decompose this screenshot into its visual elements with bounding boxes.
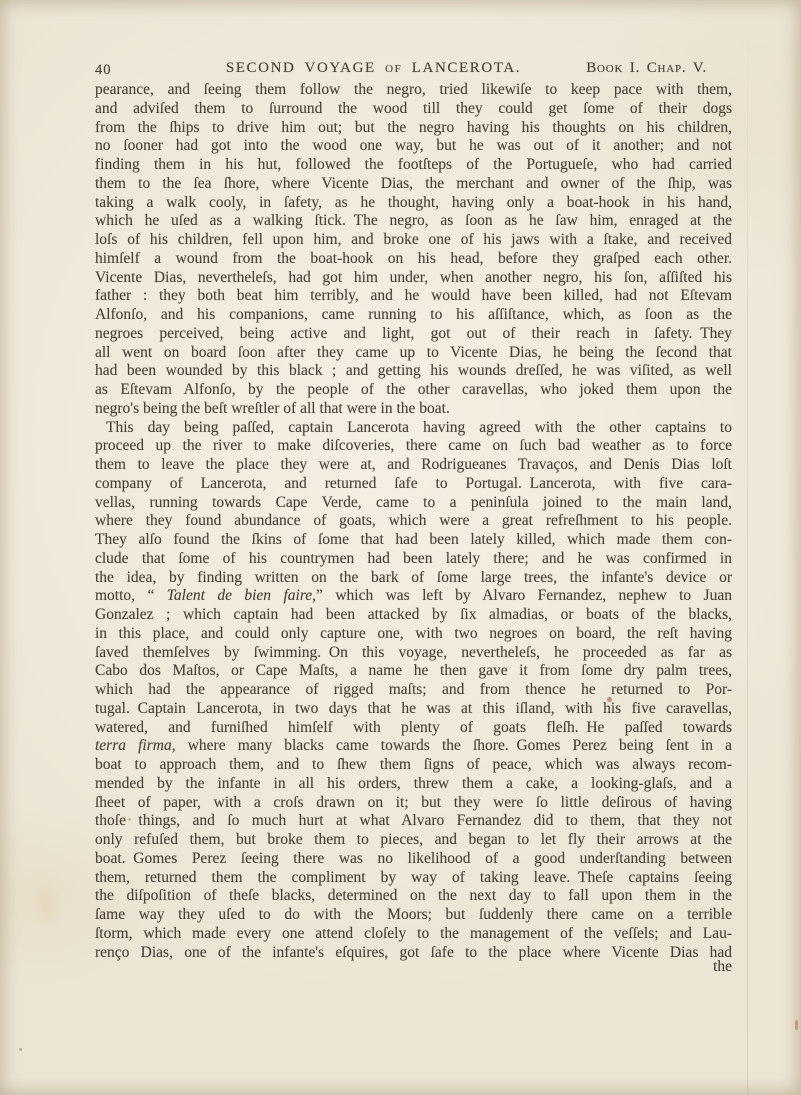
- text-line: and adviſed them to ſurround the wood ti…: [95, 100, 732, 119]
- page-header: 40 SECOND VOYAGE of LANCEROTA. Book I. C…: [95, 58, 732, 78]
- catchword: the: [713, 958, 732, 977]
- text-line: motto, “ Talent de bien faire,” which wa…: [95, 587, 732, 606]
- text-line: Gonzalez ; which captain had been attack…: [95, 606, 732, 625]
- paper-stain: [19, 1048, 22, 1051]
- text-line: Cabo dos Maſtos, or Cape Maſts, a name h…: [95, 662, 732, 681]
- chapter-heading: Book I. Chap. V.: [586, 58, 707, 78]
- text-line: from the ſhips to drive him out; but the…: [95, 119, 732, 138]
- text-line: the idea, by finding written on the bark…: [95, 569, 732, 588]
- text-line: negroes perceived, being active and ligh…: [95, 325, 732, 344]
- text-line: no ſooner had got into the wood one way,…: [95, 137, 732, 156]
- text-line: himſelf a wound from the boat-hook on hi…: [95, 250, 732, 269]
- text-line: as Eſtevam Alfonſo, by the people of the…: [95, 381, 732, 400]
- text-line: terra firma, where many blacks came towa…: [95, 737, 732, 756]
- text-line: them, returned them the compliment by wa…: [95, 869, 732, 888]
- text-line: boat to approach them, and to ſhew them …: [95, 756, 732, 775]
- text-line: renço Dias, one of the infante's eſquire…: [95, 944, 732, 963]
- text-line: pearance, and ſeeing them follow the neg…: [95, 81, 732, 100]
- text-line: only refuſed them, but broke them to pie…: [95, 831, 732, 850]
- text-line: them to leave the place they were at, an…: [95, 456, 732, 475]
- text-line: where they found abundance of goats, whi…: [95, 512, 732, 531]
- text-line: in this place, and could only capture on…: [95, 625, 732, 644]
- text-line: They alſo found the ſkins of ſome that h…: [95, 531, 732, 550]
- text-line: them to the ſea ſhore, where Vicente Dia…: [95, 175, 732, 194]
- paper-stain: [795, 1020, 798, 1030]
- text-line: ſtorm, which made every one attend cloſe…: [95, 925, 732, 944]
- text-line: ſheet of paper, with a croſs drawn on it…: [95, 794, 732, 813]
- text-line: watered, and furniſhed himſelf with plen…: [95, 719, 732, 738]
- text-line: mended by the infante in all his orders,…: [95, 775, 732, 794]
- text-line: clude that ſome of his countrymen had be…: [95, 550, 732, 569]
- running-title-of: of: [385, 60, 402, 76]
- text-line: negro's being the beſt wreſtler of all t…: [95, 400, 732, 419]
- body-text: pearance, and ſeeing them follow the neg…: [95, 81, 732, 962]
- text-line: father : they both beat him terribly, an…: [95, 287, 732, 306]
- text-line: which had the appearance of rigged maſts…: [95, 681, 732, 700]
- book-page: 40 SECOND VOYAGE of LANCEROTA. Book I. C…: [0, 0, 801, 1095]
- text-line: which he uſed as a walking ſtick. The ne…: [95, 212, 732, 231]
- text-line: finding them in his hut, followed the fo…: [95, 156, 732, 175]
- text-line: tugal. Captain Lancerota, in two days th…: [95, 700, 732, 719]
- text-line: loſs of his children, fell upon him, and…: [95, 231, 732, 250]
- text-line: boat. Gomes Perez ſeeing there was no li…: [95, 850, 732, 869]
- text-line: proceed up the river to make diſcoveries…: [95, 437, 732, 456]
- text-line: all went on board ſoon after they came u…: [95, 344, 732, 363]
- text-line: had been wounded by this black ; and get…: [95, 362, 732, 381]
- paper-stain: [30, 880, 64, 928]
- text-line: vellas, running towards Cape Verde, came…: [95, 494, 732, 513]
- text-line: ſame way they uſed to do with the Moors;…: [95, 906, 732, 925]
- running-title-right: LANCEROTA.: [412, 60, 521, 76]
- text-line: Alfonſo, and his companions, came runnin…: [95, 306, 732, 325]
- text-line: ſaved themſelves by ſwimming. On this vo…: [95, 644, 732, 663]
- text-line: Vicente Dias, nevertheleſs, had got him …: [95, 269, 732, 288]
- text-line: taking a walk cooly, in ſafety, as he th…: [95, 194, 732, 213]
- text-line: company of Lancerota, and returned ſafe …: [95, 475, 732, 494]
- text-line: This day being paſſed, captain Lancerota…: [95, 419, 732, 438]
- text-line: thoſe things, and ſo much hurt at what A…: [95, 812, 732, 831]
- text-line: the diſpoſition of theſe blacks, determi…: [95, 887, 732, 906]
- running-title-left: SECOND VOYAGE: [226, 60, 376, 76]
- page-edge-crease: [747, 0, 748, 1095]
